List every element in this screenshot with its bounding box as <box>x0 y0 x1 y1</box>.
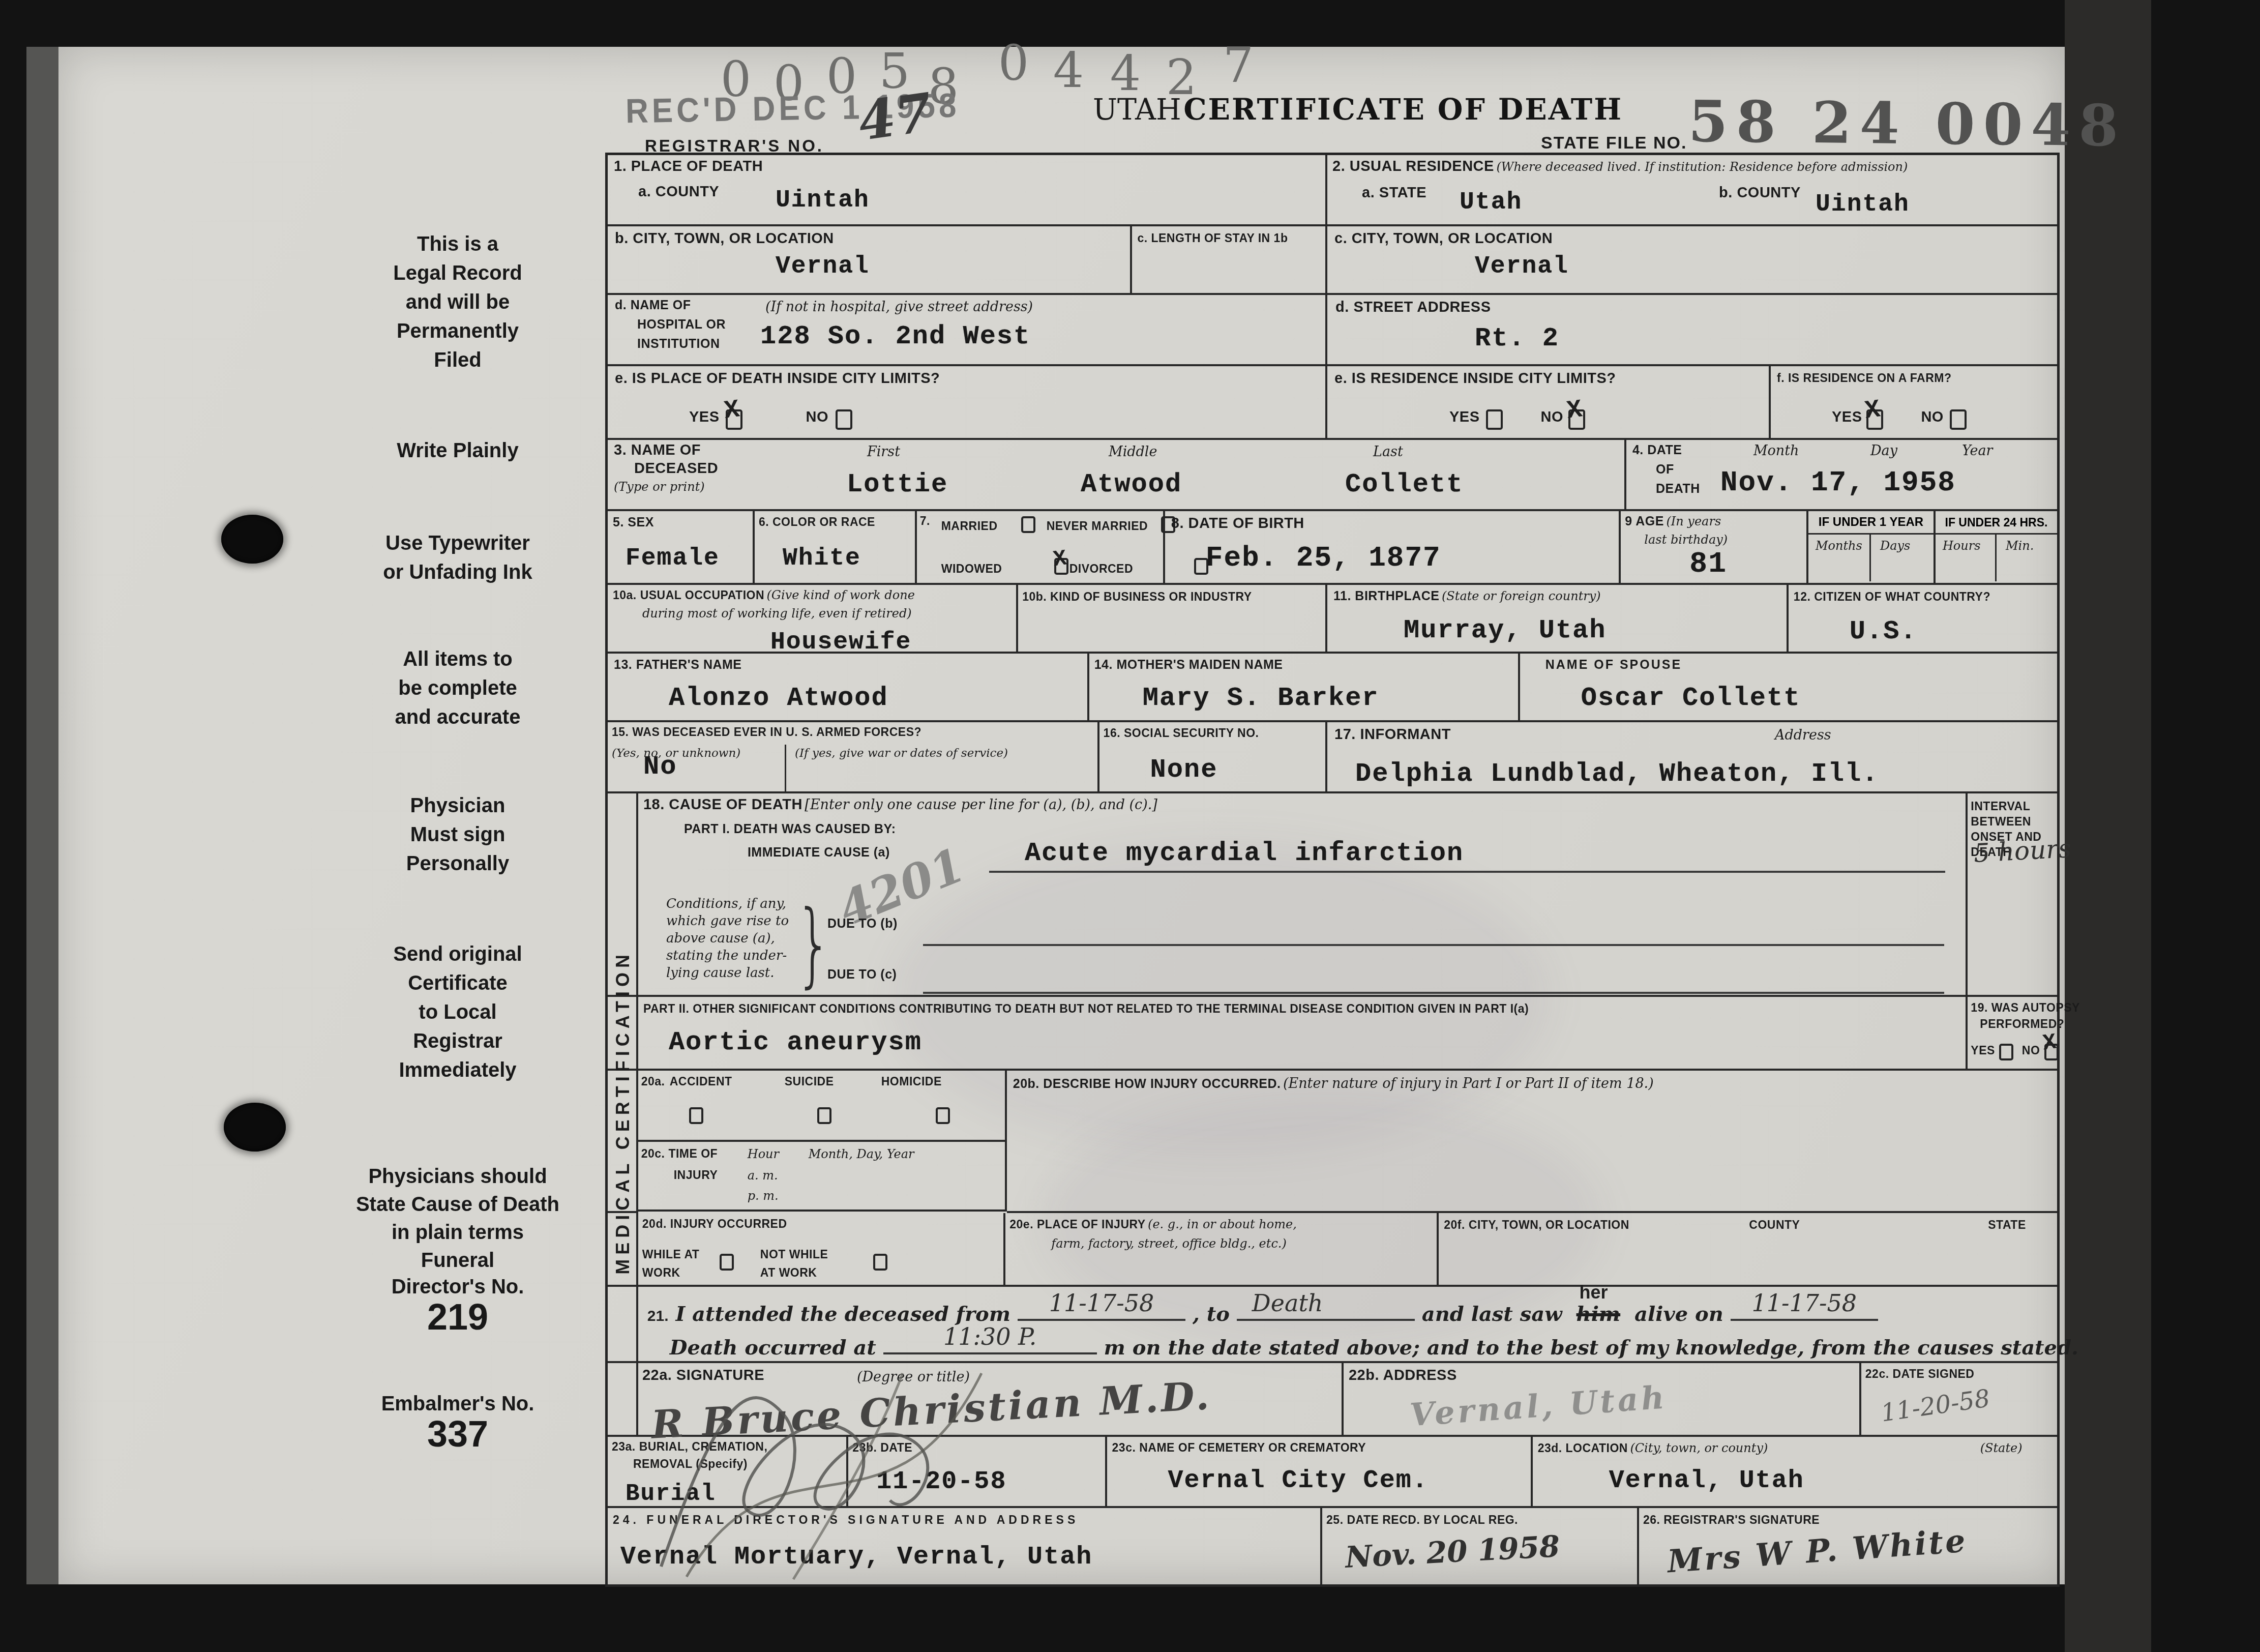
day-label: Day <box>1870 443 1897 459</box>
field-20a-accident-suicide-homicide: 20a. ACCIDENT SUICIDE HOMICIDE <box>638 1071 1007 1142</box>
field-label: 6. COLOR OR RACE <box>759 515 875 529</box>
field-label: HOSPITAL OR <box>637 317 726 332</box>
margin-note-physician-sign: PhysicianMust signPersonally <box>259 791 656 878</box>
field-20c-time-of-injury: 20c. TIME OF INJURY Hour Month, Day, Yea… <box>638 1142 1007 1212</box>
yes-label: YES <box>1832 409 1862 425</box>
row-part2-autopsy: PART II. OTHER SIGNIFICANT CONDITIONS CO… <box>608 997 2057 1071</box>
never-married-label: NEVER MARRIED <box>1047 519 1148 533</box>
field-label: 17. INFORMANT <box>1334 726 1451 743</box>
fathers-name-value: Alonzo Atwood <box>669 683 888 713</box>
part1-label: PART I. DEATH WAS CAUSED BY: <box>684 822 896 837</box>
yes-no-checkboxes: YES NO X <box>1449 409 1585 430</box>
residence-city-value: Vernal <box>1475 253 1569 280</box>
race-value: White <box>783 545 861 572</box>
yes-checkbox <box>1486 409 1503 430</box>
city-of-death-value: Vernal <box>776 253 870 280</box>
field-11-birthplace: 11. BIRTHPLACE (State or foreign country… <box>1327 585 1789 654</box>
field-2f-residence-on-farm: f. IS RESIDENCE ON A FARM? YES X NO <box>1771 366 2057 440</box>
field-label: e. IS RESIDENCE INSIDE CITY LIMITS? <box>1334 370 1616 387</box>
under-1-year-label: IF UNDER 1 YEAR <box>1808 511 1934 535</box>
divider <box>785 745 786 791</box>
field-label: 20b. DESCRIBE HOW INJURY OCCURRED. (Ente… <box>1013 1076 1654 1091</box>
registrar-signature-value: Mrs W P. White <box>1666 1522 1969 1580</box>
under-24-hrs-label: IF UNDER 24 HRS. <box>1936 511 2057 535</box>
last-name-value: Collett <box>1345 469 1463 499</box>
suicide-checkbox <box>817 1107 831 1124</box>
field-label: 3. NAME OF <box>614 442 701 459</box>
homicide-checkbox <box>936 1107 950 1124</box>
days-column: Days <box>1871 535 1934 581</box>
yes-checkbox-checked: X <box>1866 409 1883 430</box>
medical-certification-label: MEDICAL CERTIFICATION <box>608 791 638 1433</box>
not-while-checkbox <box>873 1254 887 1271</box>
state-file-no-label: STATE FILE NO. <box>1541 133 1687 153</box>
field-label: c. CITY, TOWN, OR LOCATION <box>1334 230 1553 247</box>
scanned-death-certificate: 0005804427 REC'D DEC 1 1958 REGISTRAR'S … <box>0 0 2260 1652</box>
margin-note-send-original: Send originalCertificateto LocalRegistra… <box>259 940 656 1085</box>
field-label: 10b. KIND OF BUSINESS OR INDUSTRY <box>1022 590 1252 604</box>
state-note: (State) <box>1980 1441 2023 1455</box>
field-label: 10a. USUAL OCCUPATION (Give kind of work… <box>613 588 915 602</box>
sex-value: Female <box>626 545 720 572</box>
attended-from-blank: 11-17-58 <box>1018 1319 1185 1321</box>
field-label: DEATH <box>1656 482 1700 496</box>
divorced-label: DIVORCED <box>1069 562 1133 576</box>
field-10a-usual-occupation: 10a. USUAL OCCUPATION (Give kind of work… <box>608 585 1018 654</box>
field-label: 22b. ADDRESS <box>1349 1367 1457 1384</box>
field-4-date-of-death: 4. DATE OF DEATH Month Day Year Nov. 17,… <box>1626 440 2057 511</box>
title-state: UTAH <box>1093 93 1181 127</box>
certificate-title: UTAH CERTIFICATE OF DEATH <box>1088 93 1627 127</box>
margin-note-typewriter: Use Typewriteror Unfading Ink <box>259 529 656 587</box>
field-5-sex: 5. SEX Female <box>608 511 755 585</box>
not-while-label: NOT WHILE <box>760 1248 828 1261</box>
field-label: 8. DATE OF BIRTH <box>1171 515 1304 532</box>
no-label: NO <box>806 409 828 425</box>
armed-forces-value: No <box>643 752 677 782</box>
yes-label: YES <box>1449 409 1480 425</box>
married-label: MARRIED <box>941 519 998 533</box>
row-place-residence-header: 1. PLACE OF DEATH a. COUNTY Uintah 2. US… <box>608 155 2057 226</box>
row-city-limits: e. IS PLACE OF DEATH INSIDE CITY LIMITS?… <box>608 366 2057 440</box>
no-label: NO <box>2022 1044 2040 1057</box>
married-checkbox <box>1021 516 1035 533</box>
field-1-place-of-death: 1. PLACE OF DEATH a. COUNTY Uintah <box>608 155 1327 226</box>
field-1d-hospital: d. NAME OF HOSPITAL OR INSTITUTION (If n… <box>608 295 1327 366</box>
ssn-value: None <box>1150 755 1218 785</box>
residence-county-value: Uintah <box>1816 191 1910 218</box>
month-label: Month <box>1753 443 1799 459</box>
field-18-interval: INTERVAL BETWEEN ONSET AND DEATH 5 hours <box>1968 793 2057 997</box>
field-label: 22c. DATE SIGNED <box>1865 1367 1975 1381</box>
yes-label: YES <box>1971 1044 1995 1057</box>
field-9-if-under-24-hrs: IF UNDER 24 HRS. Hours Min. <box>1936 511 2057 585</box>
field-1e-death-city-limits: e. IS PLACE OF DEATH INSIDE CITY LIMITS?… <box>608 366 1327 440</box>
middle-name-value: Atwood <box>1081 469 1182 499</box>
field-23d-location: 23d. LOCATION (City, town, or county) (S… <box>1533 1437 2057 1508</box>
funeral-directors-no-label: FuneralDirector's No. <box>259 1247 656 1300</box>
date-received-value: Nov. 20 1958 <box>1345 1529 1561 1575</box>
field-9-if-under-1-year: IF UNDER 1 YEAR Months Days <box>1808 511 1936 585</box>
field-label: f. IS RESIDENCE ON A FARM? <box>1777 371 1952 385</box>
yes-no-checkboxes: YES X NO <box>689 409 852 430</box>
field-label: 18. CAUSE OF DEATH [Enter only one cause… <box>643 796 1157 813</box>
last-saw-blank: 11-17-58 <box>1731 1319 1878 1321</box>
no-checkbox-checked: X <box>1568 409 1585 430</box>
field-label: 1. PLACE OF DEATH <box>614 158 763 175</box>
checkbox-x-mark: X <box>1052 546 1068 573</box>
attended-line-1: 21. I attended the deceased from 11-17-5… <box>647 1302 1878 1326</box>
field-label: 11. BIRTHPLACE (State or foreign country… <box>1333 589 1601 604</box>
not-while-label: AT WORK <box>760 1266 817 1280</box>
yes-no-checkboxes: YES X NO <box>1832 409 1967 430</box>
scan-left-edge <box>26 47 58 1584</box>
margin-note-legal-record: This is aLegal Recordand will bePermanen… <box>259 230 656 375</box>
yes-checkbox-checked: X <box>726 409 742 430</box>
field-label: 26. REGISTRAR'S SIGNATURE <box>1643 1513 1820 1527</box>
field-label: e. IS PLACE OF DEATH INSIDE CITY LIMITS? <box>615 370 940 387</box>
checkbox-x-mark: X <box>2041 1030 2058 1057</box>
while-at-work-label: WHILE AT <box>642 1248 700 1261</box>
field-label: 15. WAS DECEASED EVER IN U. S. ARMED FOR… <box>612 725 921 739</box>
punch-hole <box>224 1103 286 1152</box>
field-label: 7. <box>920 514 930 528</box>
am-label: a. m. <box>748 1168 778 1183</box>
field-1b-city-of-death: b. CITY, TOWN, OR LOCATION Vernal <box>608 226 1132 295</box>
immediate-cause-label: IMMEDIATE CAUSE (a) <box>748 845 890 860</box>
field-label: 19. WAS AUTOPSY <box>1971 1001 2080 1015</box>
interval-value: 5 hours <box>1973 834 2072 868</box>
row-city: b. CITY, TOWN, OR LOCATION Vernal c. LEN… <box>608 226 2057 295</box>
funeral-director-signature-flourish <box>626 1343 1210 1582</box>
age-value: 81 <box>1689 548 1727 581</box>
months-column: Months <box>1808 535 1871 581</box>
field-label: 20e. PLACE OF INJURY (e. g., in or about… <box>1009 1217 1297 1231</box>
attended-from-value: 11-17-58 <box>1018 1289 1185 1317</box>
state-label: STATE <box>1988 1218 2026 1232</box>
field-label: OF <box>1656 462 1674 477</box>
year-label: Year <box>1962 443 1993 459</box>
street-address-value: Rt. 2 <box>1475 323 1559 353</box>
checkbox-x-mark: X <box>1565 395 1584 426</box>
row-hospital-street: d. NAME OF HOSPITAL OR INSTITUTION (If n… <box>608 295 2057 366</box>
no-checkbox-checked: X <box>2044 1044 2059 1060</box>
title-main: CERTIFICATE OF DEATH <box>1183 93 1623 127</box>
informant-value: Delphia Lundblad, Wheaton, Ill. <box>1355 759 1879 789</box>
mothers-name-value: Mary S. Barker <box>1143 683 1379 713</box>
field-22c-date-signed: 22c. DATE SIGNED 11-20-58 <box>1861 1363 2057 1437</box>
field-label: 20d. INJURY OCCURRED <box>642 1217 787 1231</box>
field-7-marital-status: 7. MARRIED NEVER MARRIED WIDOWED X DIVOR… <box>917 511 1165 585</box>
field-9-age: 9 AGE (In years last birthday) 81 <box>1621 511 1808 585</box>
margin-note-complete: All items tobe completeand accurate <box>259 645 656 732</box>
field-label: DECEASED <box>634 460 718 477</box>
field-label: a. STATE <box>1362 185 1426 201</box>
row-injury-top: 20a. ACCIDENT SUICIDE HOMICIDE 20c. TIME… <box>608 1071 2057 1213</box>
date-of-death-value: Nov. 17, 1958 <box>1720 466 1956 499</box>
funeral-directors-no-value: 219 <box>259 1303 656 1332</box>
pm-label: p. m. <box>748 1189 779 1203</box>
field-label: b. COUNTY <box>1719 185 1801 201</box>
date-signed-value: 11-20-58 <box>1879 1384 1991 1427</box>
margin-note-write-plainly: Write Plainly <box>259 436 656 465</box>
field-2c-residence-city: c. CITY, TOWN, OR LOCATION Vernal <box>1327 226 2057 295</box>
field-label: c. LENGTH OF STAY IN 1b <box>1137 231 1288 245</box>
yes-no-checkboxes: YES NO X <box>1971 1044 2058 1060</box>
county-of-death-value: Uintah <box>776 187 870 214</box>
min-column: Min. <box>1997 535 2056 581</box>
row-cause-of-death: 18. CAUSE OF DEATH [Enter only one cause… <box>608 793 2057 997</box>
field-note: during most of working life, even if ret… <box>642 606 912 621</box>
field-label: 9 AGE (In years <box>1625 514 1721 529</box>
injury-left-stack: 20a. ACCIDENT SUICIDE HOMICIDE 20c. TIME… <box>638 1071 1007 1213</box>
middle-name-label: Middle <box>1109 444 1157 460</box>
conditions-note: Conditions, if any,which gave rise toabo… <box>666 895 789 982</box>
hospital-or-address-value: 128 So. 2nd West <box>760 321 1030 351</box>
field-label: 16. SOCIAL SECURITY NO. <box>1104 726 1259 740</box>
field-26-registrar-signature: 26. REGISTRAR'S SIGNATURE Mrs W P. White <box>1639 1508 2057 1584</box>
field-20e-place-of-injury: 20e. PLACE OF INJURY (e. g., in or about… <box>1005 1213 1439 1287</box>
field-17-informant: 17. INFORMANT Address Delphia Lundblad, … <box>1327 722 2057 793</box>
field-label: PERFORMED? <box>1980 1017 2064 1031</box>
widowed-checkbox-checked: X <box>1054 558 1068 575</box>
row-armedforces-ssn-informant: 15. WAS DECEASED EVER IN U. S. ARMED FOR… <box>608 722 2057 793</box>
field-16-social-security: 16. SOCIAL SECURITY NO. None <box>1099 722 1327 793</box>
field-14-mothers-maiden-name: 14. MOTHER'S MAIDEN NAME Mary S. Barker <box>1089 654 1520 722</box>
field-18-part2: PART II. OTHER SIGNIFICANT CONDITIONS CO… <box>638 997 1968 1071</box>
accident-checkbox <box>689 1107 703 1124</box>
field-6-color-or-race: 6. COLOR OR RACE White <box>755 511 917 585</box>
no-checkbox <box>836 409 852 430</box>
field-label: 20a. <box>641 1075 665 1088</box>
part2-value: Aortic aneurysm <box>669 1027 922 1057</box>
field-label: INJURY <box>674 1168 718 1182</box>
field-20d-injury-occurred: 20d. INJURY OCCURRED WHILE AT WORK NOT W… <box>638 1213 1005 1287</box>
field-label: 2. USUAL RESIDENCE (Where deceased lived… <box>1332 158 1908 175</box>
registrar-no-value: 47 <box>854 81 936 153</box>
field-2d-street-address: d. STREET ADDRESS Rt. 2 <box>1327 295 2057 366</box>
homicide-label: HOMICIDE <box>881 1075 942 1088</box>
no-label: NO <box>1540 409 1563 425</box>
row-parents-spouse: 13. FATHER'S NAME Alonzo Atwood 14. MOTH… <box>608 654 2057 722</box>
hour-label: Hour <box>748 1147 779 1161</box>
field-note: last birthday) <box>1644 533 1728 547</box>
field-label: 20f. CITY, TOWN, OR LOCATION <box>1444 1218 1629 1232</box>
last-name-label: Last <box>1373 444 1403 460</box>
row-injury-bottom: 20d. INJURY OCCURRED WHILE AT WORK NOT W… <box>608 1213 2057 1287</box>
widowed-label: WIDOWED <box>941 562 1002 576</box>
attended-to-blank: Death <box>1237 1319 1415 1321</box>
field-name-of-spouse: NAME OF SPOUSE Oscar Collett <box>1520 654 2057 722</box>
field-22b-address: 22b. ADDRESS Vernal, Utah <box>1344 1363 1861 1437</box>
first-name-value: Lottie <box>847 469 948 499</box>
field-18-cause-of-death: 18. CAUSE OF DEATH [Enter only one cause… <box>638 793 1968 997</box>
field-20f-city-county-state: 20f. CITY, TOWN, OR LOCATION COUNTY STAT… <box>1439 1213 2057 1287</box>
physician-address-value: Vernal, Utah <box>1409 1378 1668 1433</box>
due-to-b-label: DUE TO (b) <box>827 917 898 931</box>
field-label: 12. CITIZEN OF WHAT COUNTRY? <box>1794 590 1990 604</box>
attended-to-value: Death <box>1237 1289 1430 1317</box>
margin-note-plain-terms: Physicians shouldState Cause of Deathin … <box>259 1163 656 1247</box>
field-12-citizen: 12. CITIZEN OF WHAT COUNTRY? U.S. <box>1789 585 2057 654</box>
immediate-cause-value: Acute mycardial infarction <box>1025 838 1464 868</box>
no-label: NO <box>1921 409 1944 425</box>
field-label: 13. FATHER'S NAME <box>614 658 742 672</box>
checkbox-x-mark: X <box>1863 395 1882 426</box>
no-checkbox <box>1950 409 1967 430</box>
field-label: d. STREET ADDRESS <box>1335 299 1491 316</box>
field-10b-business-industry: 10b. KIND OF BUSINESS OR INDUSTRY <box>1018 585 1327 654</box>
her-him: herhim <box>1577 1302 1621 1326</box>
field-label: a. COUNTY <box>638 184 719 200</box>
field-25-date-received: 25. DATE RECD. BY LOCAL REG. Nov. 20 195… <box>1322 1508 1639 1584</box>
cause-a-rule <box>989 871 1945 873</box>
occupation-value: Housewife <box>770 629 911 656</box>
hours-column: Hours <box>1936 535 1997 581</box>
cause-c-rule <box>923 992 1944 994</box>
row-sex-race-marital-dob-age: 5. SEX Female 6. COLOR OR RACE White 7. … <box>608 511 2057 585</box>
county-label: COUNTY <box>1749 1218 1800 1232</box>
cause-b-rule <box>923 944 1944 946</box>
field-label: 20c. TIME OF <box>641 1147 718 1161</box>
address-label: Address <box>1775 727 1831 743</box>
part2-label: PART II. OTHER SIGNIFICANT CONDITIONS CO… <box>643 1002 1529 1016</box>
field-2e-residence-city-limits: e. IS RESIDENCE INSIDE CITY LIMITS? YES … <box>1327 366 1771 440</box>
row-occupation-birthplace: 10a. USUAL OCCUPATION (Give kind of work… <box>608 585 2057 654</box>
citizen-value: U.S. <box>1850 616 1917 646</box>
checkbox-x-mark: X <box>723 395 741 426</box>
field-note: (If not in hospital, give street address… <box>765 299 1033 315</box>
field-19-autopsy: 19. WAS AUTOPSY PERFORMED? YES NO X <box>1968 997 2057 1071</box>
yes-label: YES <box>689 409 720 425</box>
residence-state-value: Utah <box>1460 189 1522 216</box>
field-label: INSTITUTION <box>637 337 720 351</box>
field-label: 4. DATE <box>1632 443 1682 458</box>
field-label: b. CITY, TOWN, OR LOCATION <box>615 230 834 247</box>
field-label: NAME OF SPOUSE <box>1545 658 1682 672</box>
field-label: 14. MOTHER'S MAIDEN NAME <box>1094 658 1283 672</box>
field-label: d. NAME OF <box>615 298 691 313</box>
yes-checkbox <box>1999 1044 2013 1060</box>
scan-right-edge <box>2065 0 2151 1652</box>
field-8-date-of-birth: 8. DATE OF BIRTH Feb. 25, 1877 <box>1165 511 1621 585</box>
field-note: (If yes, give war or dates of service) <box>795 747 1008 760</box>
field-label: 23d. LOCATION (City, town, or county) <box>1538 1441 1768 1455</box>
birthplace-value: Murray, Utah <box>1404 615 1606 645</box>
date-of-birth-value: Feb. 25, 1877 <box>1206 542 1441 574</box>
while-at-work-checkbox <box>720 1254 734 1271</box>
due-to-c-label: DUE TO (c) <box>827 967 897 982</box>
field-label: 5. SEX <box>613 515 654 530</box>
field-3-name-of-deceased: 3. NAME OF DECEASED (Type or print) Firs… <box>608 440 1626 511</box>
month-day-year-label: Month, Day, Year <box>809 1147 914 1161</box>
suicide-label: SUICIDE <box>785 1075 834 1088</box>
accident-label: ACCIDENT <box>670 1075 732 1088</box>
state-file-no-value: 58 24 0048 <box>1688 88 2127 159</box>
embalmers-no-value: 337 <box>259 1420 656 1449</box>
burial-location-value: Vernal, Utah <box>1609 1466 1804 1495</box>
field-1c-length-of-stay: c. LENGTH OF STAY IN 1b <box>1132 226 1327 295</box>
field-note: (Type or print) <box>614 480 705 494</box>
field-2-usual-residence: 2. USUAL RESIDENCE (Where deceased lived… <box>1327 155 2057 226</box>
field-15-armed-forces: 15. WAS DECEASED EVER IN U. S. ARMED FOR… <box>608 722 1099 793</box>
field-label: 25. DATE RECD. BY LOCAL REG. <box>1326 1513 1518 1527</box>
field-note: farm, factory, street, office bldg., etc… <box>1051 1236 1287 1251</box>
field-20b-describe-injury: 20b. DESCRIBE HOW INJURY OCCURRED. (Ente… <box>1007 1071 2057 1213</box>
spouse-name-value: Oscar Collett <box>1581 683 1801 713</box>
row-name-dod: 3. NAME OF DECEASED (Type or print) Firs… <box>608 440 2057 511</box>
last-saw-value: 11-17-58 <box>1731 1289 1878 1317</box>
while-at-work-label: WORK <box>642 1266 680 1280</box>
field-13-fathers-name: 13. FATHER'S NAME Alonzo Atwood <box>608 654 1089 722</box>
first-name-label: First <box>867 444 900 460</box>
